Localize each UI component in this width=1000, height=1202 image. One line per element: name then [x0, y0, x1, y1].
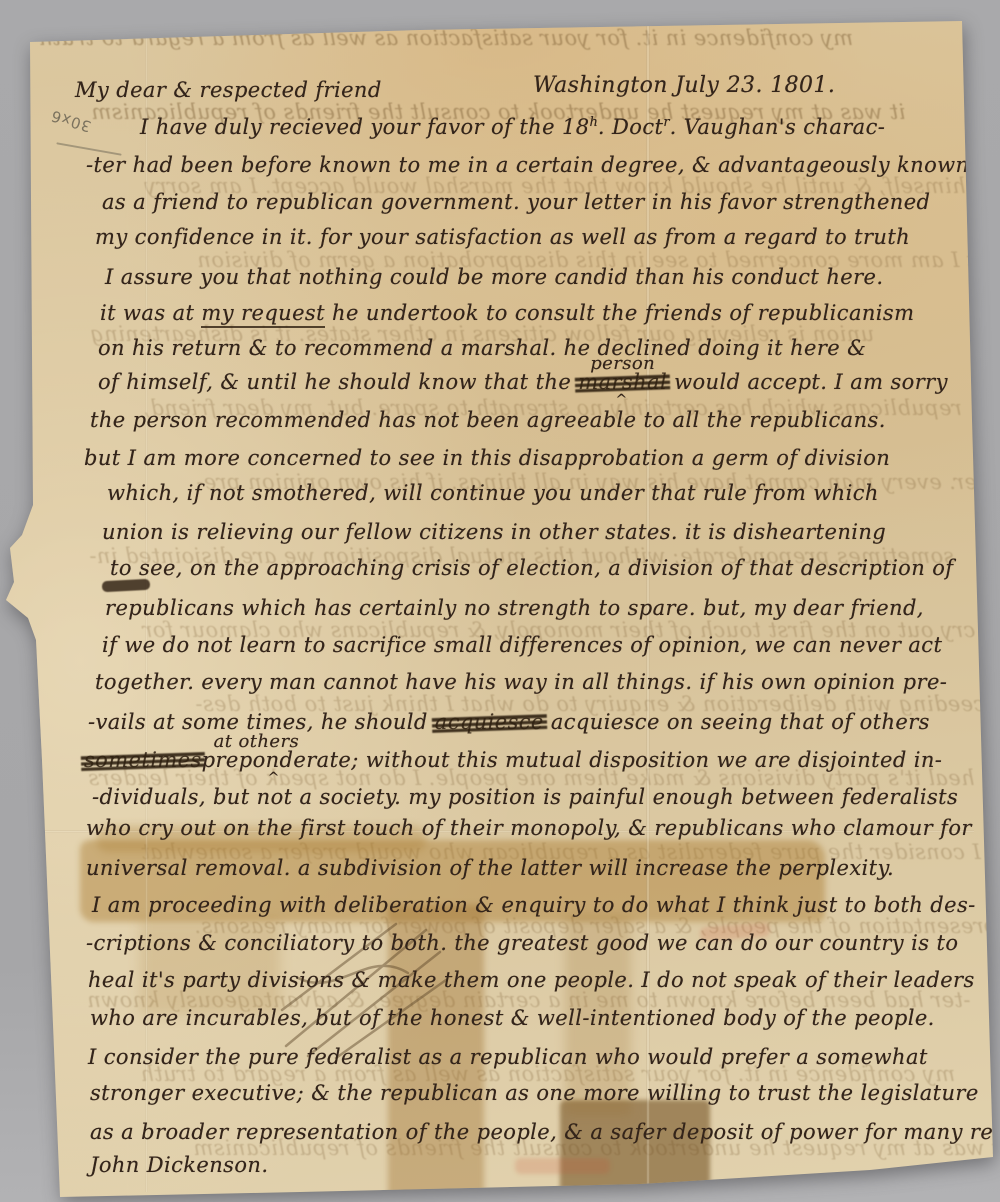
paper: my confidence in it. for your satisfacti…: [0, 0, 1000, 1202]
letter-line: who cry out on the first touch of their …: [86, 816, 972, 840]
letter-line: stronger executive; & the republican as …: [90, 1081, 979, 1105]
letter-line: I am proceeding with deliberation & enqu…: [92, 893, 976, 917]
letter-line: to see, on the approaching crisis of ele…: [110, 556, 953, 580]
place-date: Washington July 23. 1801.: [533, 73, 835, 98]
letter-line: as a broader representation of the peopl…: [90, 1120, 1000, 1144]
letter-line: heal it's party divisions & make them on…: [88, 968, 975, 992]
addressee-docket: John Dickenson.: [90, 1153, 268, 1177]
letter-line: -criptions & conciliatory to both. the g…: [86, 931, 958, 955]
letter-line: my confidence in it. for your satisfacti…: [95, 225, 910, 249]
letter-line: it was at my request he undertook to con…: [100, 301, 914, 325]
salutation: My dear & respected friend: [75, 78, 382, 102]
letter-line: republicans which has certainly no stren…: [105, 596, 924, 620]
letter-sheet: my confidence in it. for your satisfacti…: [0, 0, 1000, 1202]
photo-of-letter: { "photo": { "background_color": "#a8a8a…: [0, 0, 1000, 1202]
letter-line: I have duly recieved your favor of the 1…: [140, 115, 885, 139]
letter-line: the person recommended has not been agre…: [90, 408, 886, 432]
letter-line: as a friend to republican government. yo…: [102, 190, 930, 214]
letter-line: who are incurables, but of the honest & …: [90, 1006, 935, 1030]
letter-line: I consider the pure federalist as a repu…: [88, 1045, 928, 1069]
letter-line: universal removal. a subdivision of the …: [86, 856, 894, 880]
letter-line: I assure you that nothing could be more …: [105, 265, 883, 289]
letter-line: of himself, & until he should know that …: [98, 370, 948, 394]
letter-line: union is relieving our fellow citizens i…: [102, 520, 886, 544]
letter-line: but I am more concerned to see in this d…: [84, 446, 890, 470]
letter-line: which, if not smothered, will continue y…: [107, 481, 879, 505]
letter-line: -dividuals, but not a society. my positi…: [92, 785, 958, 809]
letter-body: My dear & respected friend Washington Ju…: [0, 0, 1000, 1202]
letter-line: -ter had been before known to me in a ce…: [86, 153, 969, 177]
letter-line: sometimes preponderate;at others^ withou…: [84, 748, 942, 772]
letter-line: on his return & to recommend a marshal. …: [98, 336, 866, 360]
letter-line: together. every man cannot have his way …: [95, 670, 947, 694]
letter-line: if we do not learn to sacrifice small di…: [102, 633, 942, 657]
